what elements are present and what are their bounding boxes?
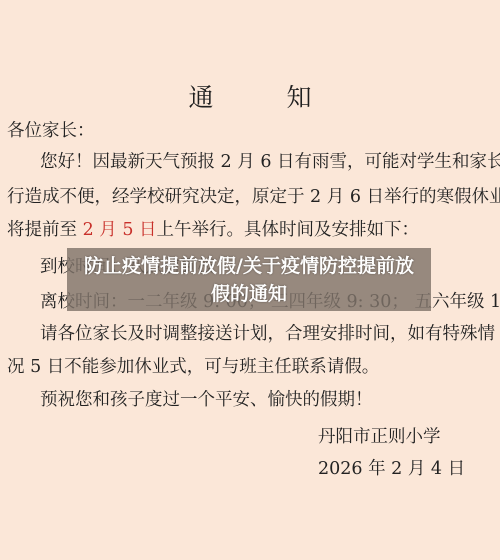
paragraph-2-line-2: 况 5 日不能参加休业式，可与班主任联系请假。 bbox=[7, 355, 379, 379]
highlighted-date: 2 月 5 日 bbox=[83, 220, 157, 240]
paragraph-1-line-2: 行造成不便，经学校研究决定，原定于 2 月 6 日举行的寒假休业式 bbox=[7, 185, 500, 209]
line-3-prefix: 将提前至 bbox=[7, 220, 83, 240]
signature-date: 2026 年 2 月 4 日 bbox=[318, 457, 465, 481]
salutation: 各位家长： bbox=[7, 119, 95, 143]
caption-text: 防止疫情提前放假/关于疫情防控提前放假的通知 bbox=[77, 252, 421, 308]
signature-school: 丹阳市正则小学 bbox=[318, 425, 441, 449]
paragraph-1-line-1: 您好！因最新天气预报 2 月 6 日有雨雪，可能对学生和家长出 bbox=[40, 150, 500, 174]
caption-overlay: 防止疫情提前放假/关于疫情防控提前放假的通知 bbox=[67, 248, 431, 311]
paragraph-1-line-3: 将提前至 2 月 5 日上午举行。具体时间及安排如下： bbox=[7, 218, 419, 242]
notice-title: 通 知 bbox=[0, 78, 500, 114]
paragraph-2-line-1: 请各位家长及时调整接送计划，合理安排时间，如有特殊情 bbox=[40, 322, 495, 346]
closing-wish: 预祝您和孩子度过一个平安、愉快的假期！ bbox=[40, 388, 373, 412]
line-3-suffix: 上午举行。具体时间及安排如下： bbox=[157, 220, 420, 240]
